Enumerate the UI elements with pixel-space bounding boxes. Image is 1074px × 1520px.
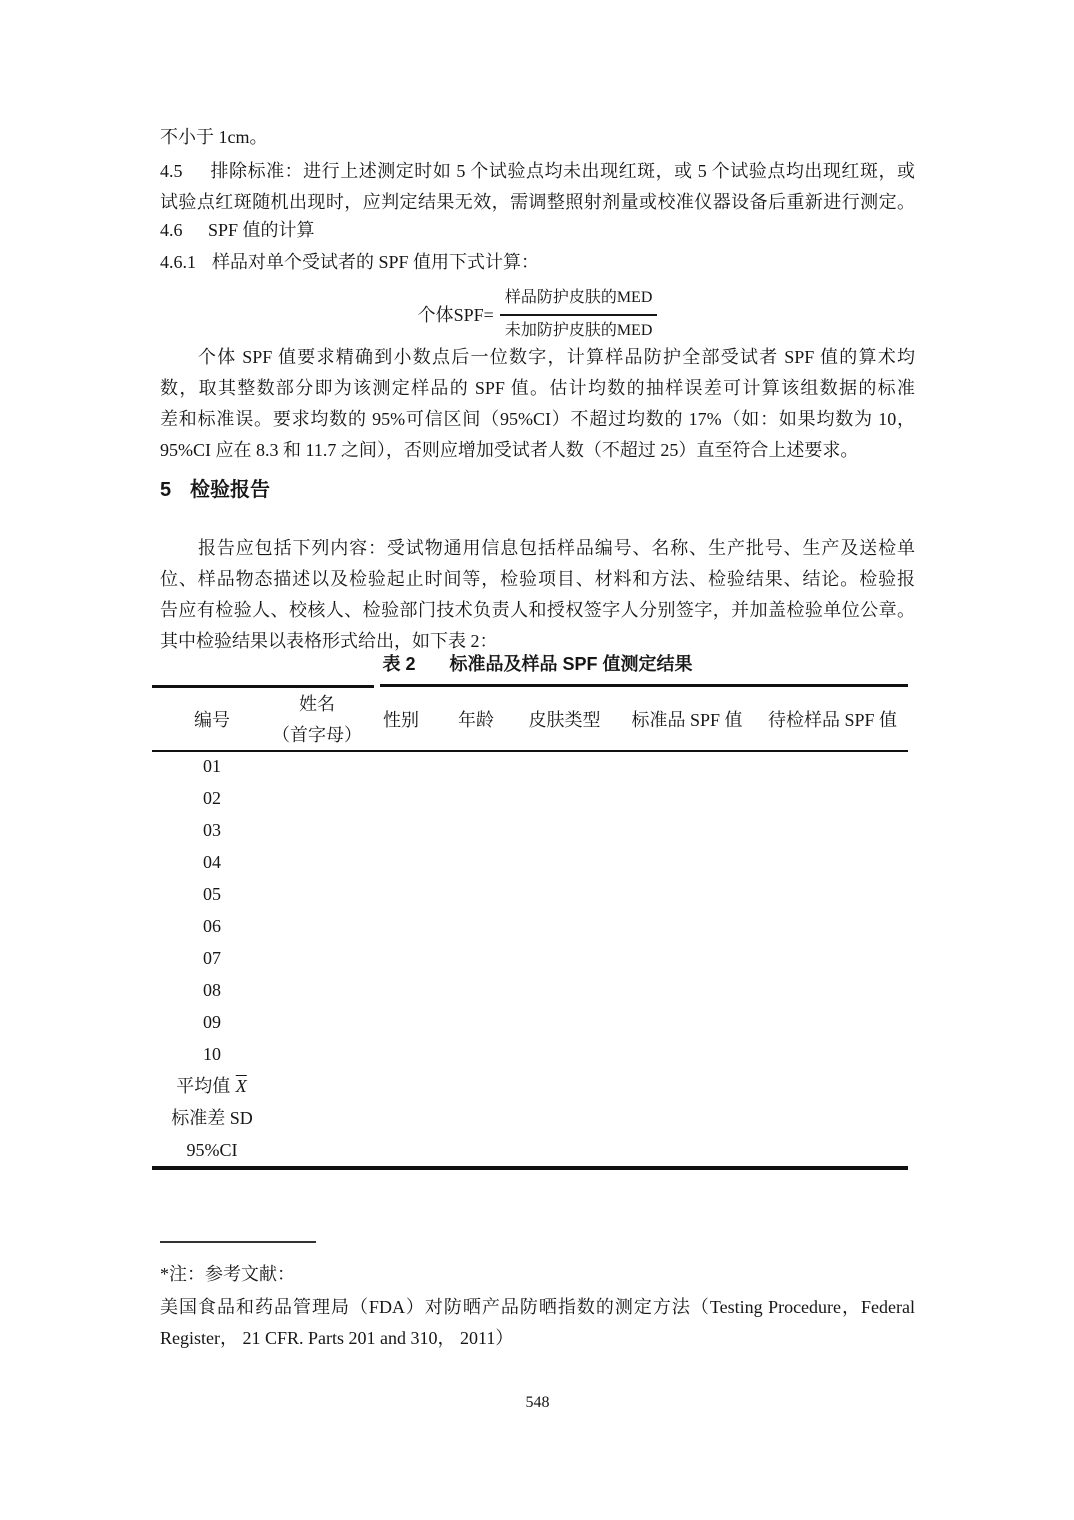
header-cell-age: 年龄 xyxy=(440,708,512,732)
mean-label: 平均值 xyxy=(176,1076,230,1096)
header-cell-standard-spf: 标准品 SPF 值 xyxy=(617,708,757,732)
report-para-line-3: 告应有检验人、校核人、检验部门技术负责人和授权签字人分别签字，并加盖检验单位公章… xyxy=(160,595,915,626)
row-number: 01 xyxy=(152,750,272,782)
header-name-line-2: （首字母） xyxy=(272,720,362,751)
table-row: 05 xyxy=(152,878,908,910)
reference-line-2: Register， 21 CFR. Parts 201 and 310， 201… xyxy=(160,1323,915,1354)
summary-row-mean: 平均值 X xyxy=(152,1070,908,1102)
row-number: 03 xyxy=(152,814,272,846)
footnote-references: 美国食品和药品管理局（FDA）对防晒产品防晒指数的测定方法（Testing Pr… xyxy=(160,1292,915,1354)
section-5-heading: 5检验报告 xyxy=(160,475,915,505)
spf-para-line-1: 个体 SPF 值要求精确到小数点后一位数字，计算样品防护全部受试者 SPF 值的… xyxy=(160,342,915,373)
summary-row-sd: 标准差 SD xyxy=(152,1102,908,1134)
header-cell-sample-spf: 待检样品 SPF 值 xyxy=(757,708,908,732)
row-number: 06 xyxy=(152,910,272,942)
table-body: 01 02 03 04 05 06 07 08 09 10 平均值 X 标准差 … xyxy=(152,750,908,1166)
formula-fraction: 样品防护皮肤的MED 未加防护皮肤的MED xyxy=(500,284,658,344)
page-number: 548 xyxy=(160,1392,915,1414)
section-5-title: 检验报告 xyxy=(190,479,270,501)
header-cell-skin-type: 皮肤类型 xyxy=(512,708,617,732)
footnote-separator xyxy=(160,1241,316,1243)
section-5-number: 5 xyxy=(160,475,190,505)
section-4-5-line-2: 试验点红斑随机出现时，应判定结果无效，需调整照射剂量或校准仪器设备后重新进行测定… xyxy=(160,187,915,218)
row-number: 05 xyxy=(152,878,272,910)
intro-line: 不小于 1cm。 xyxy=(160,122,915,153)
table-row: 04 xyxy=(152,846,908,878)
table-row: 10 xyxy=(152,1038,908,1070)
section-4-5-text-1: 排除标准：进行上述测定时如 5 个试验点均未出现红斑，或 5 个试验点均出现红斑… xyxy=(210,161,915,181)
ci-label: 95%CI xyxy=(152,1134,272,1166)
table-row: 06 xyxy=(152,910,908,942)
section-4-6-heading: 4.6SPF 值的计算 xyxy=(160,215,915,246)
table-top-rule-left xyxy=(152,685,374,688)
spf-para-line-3: 差和标准误。要求均数的 95%可信区间（95%CI）不超过均数的 17%（如：如… xyxy=(160,404,915,435)
formula-denominator: 未加防护皮肤的MED xyxy=(500,316,658,344)
report-para-line-1: 报告应包括下列内容：受试物通用信息包括样品编号、名称、生产批号、生产及送检单 xyxy=(160,533,915,564)
section-4-6-1-number: 4.6.1 xyxy=(160,247,212,278)
header-name-line-1: 姓名 xyxy=(272,689,362,720)
sd-label: 标准差 SD xyxy=(152,1102,272,1134)
reference-line-1: 美国食品和药品管理局（FDA）对防晒产品防晒指数的测定方法（Testing Pr… xyxy=(160,1292,915,1323)
header-cell-sex: 性别 xyxy=(362,708,440,732)
table-row: 07 xyxy=(152,942,908,974)
table-caption: 表 2 标准品及样品 SPF 值测定结果 xyxy=(160,649,915,679)
spf-formula: 个体SPF= 样品防护皮肤的MED 未加防护皮肤的MED xyxy=(160,284,915,344)
table-row: 01 xyxy=(152,750,908,782)
table-row: 08 xyxy=(152,974,908,1006)
formula-lhs: 个体SPF= xyxy=(418,301,494,327)
table-header-row: 编号 姓名 （首字母） 性别 年龄 皮肤类型 标准品 SPF 值 待检样品 SP… xyxy=(152,689,908,750)
report-para-line-2: 位、样品物态描述以及检验起止时间等，检验项目、材料和方法、检验结果、结论。检验报 xyxy=(160,564,915,595)
table-row: 02 xyxy=(152,782,908,814)
section-4-6-1-title: 样品对单个受试者的 SPF 值用下式计算： xyxy=(212,252,539,272)
document-page: 不小于 1cm。 4.5排除标准：进行上述测定时如 5 个试验点均未出现红斑，或… xyxy=(0,0,1074,1520)
row-number: 04 xyxy=(152,846,272,878)
section-4-6-number: 4.6 xyxy=(160,215,208,246)
section-4-6-title: SPF 值的计算 xyxy=(208,220,315,240)
row-number: 08 xyxy=(152,974,272,1006)
table-caption-label: 表 2 xyxy=(382,649,415,679)
formula-numerator: 样品防护皮肤的MED xyxy=(500,284,658,316)
row-number: 02 xyxy=(152,782,272,814)
table-row: 09 xyxy=(152,1006,908,1038)
row-number: 09 xyxy=(152,1006,272,1038)
footnote-note: *注：参考文献： xyxy=(160,1259,915,1290)
section-4-6-1-heading: 4.6.1样品对单个受试者的 SPF 值用下式计算： xyxy=(160,247,915,278)
table-caption-title: 标准品及样品 SPF 值测定结果 xyxy=(450,649,693,679)
table-row: 03 xyxy=(152,814,908,846)
section-4-5-line-1: 4.5排除标准：进行上述测定时如 5 个试验点均未出现红斑，或 5 个试验点均出… xyxy=(160,156,915,187)
row-number: 07 xyxy=(152,942,272,974)
mean-overline-symbol: X xyxy=(235,1076,248,1096)
section-4-5-number: 4.5 xyxy=(160,156,210,187)
summary-row-ci: 95%CI xyxy=(152,1134,908,1166)
spf-para-line-4: 95%CI 应在 8.3 和 11.7 之间），否则应增加受试者人数（不超过 2… xyxy=(160,435,915,466)
spf-para-line-2: 数，取其整数部分即为该测定样品的 SPF 值。估计均数的抽样误差可计算该组数据的… xyxy=(160,373,915,404)
table-top-rule-right xyxy=(380,684,908,687)
row-number: 10 xyxy=(152,1038,272,1070)
header-cell-name: 姓名 （首字母） xyxy=(272,689,362,751)
table-bottom-rule xyxy=(152,1166,908,1170)
header-cell-id: 编号 xyxy=(152,708,272,732)
